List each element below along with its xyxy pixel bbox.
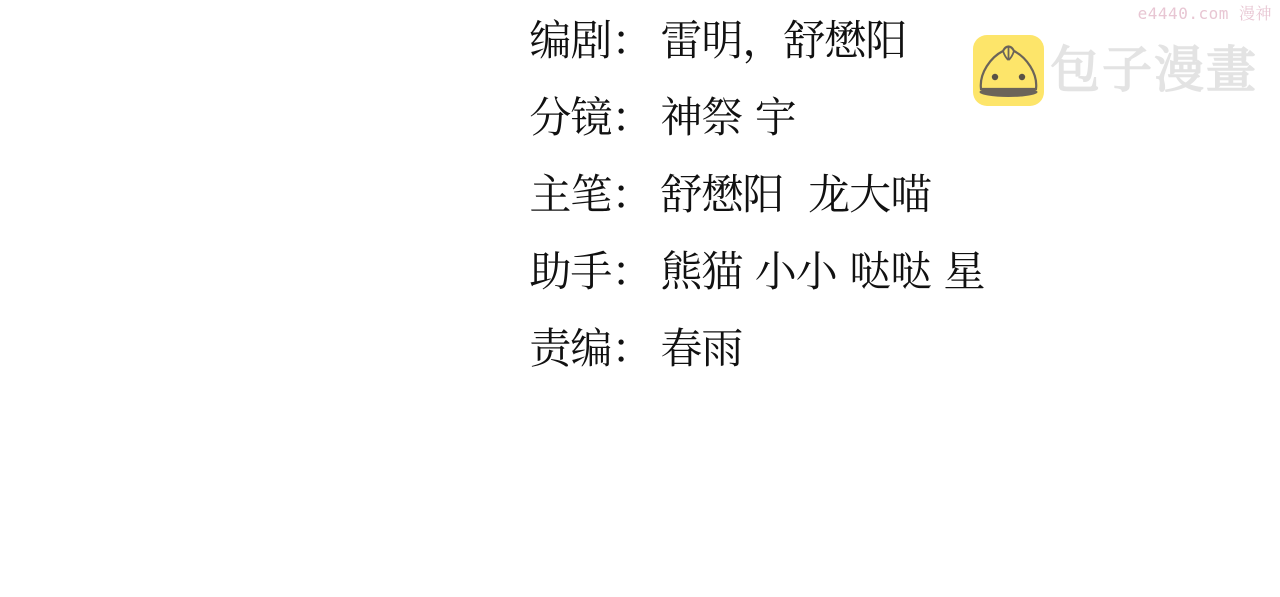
credit-names: 春雨 (660, 324, 742, 374)
watermark-url: e4440.com 漫神 (1138, 1, 1272, 24)
bun-mascot-icon (973, 35, 1044, 106)
credit-row-screenwriter: 编剧：雷明，舒懋阳 (480, 0, 906, 16)
watermark-logo: 包子漫畫 (973, 35, 1258, 106)
credit-row-storyboard: 分镜：神祭 宇 (480, 43, 796, 93)
credit-role: 责编： (529, 324, 652, 374)
credit-row-editor: 责编：春雨 (480, 274, 742, 324)
credit-row-assistants: 助手：熊猫 小小 哒哒 星 (480, 197, 984, 247)
logo-text: 包子漫畫 (1050, 35, 1258, 106)
credit-row-lead-artist: 主笔：舒懋阳 龙大喵 (480, 120, 931, 170)
